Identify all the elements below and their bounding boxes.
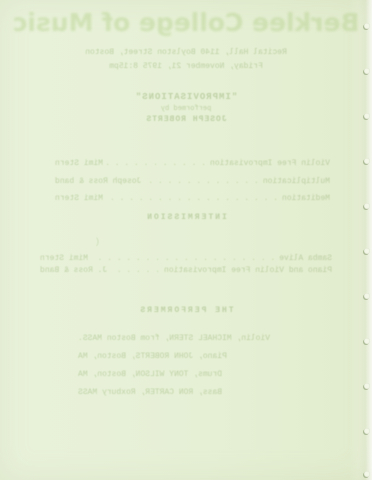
binding-hole (364, 113, 370, 119)
piece-title: Violin Free Improvisation (210, 159, 330, 168)
program-row: Violin Free Improvisation . . . . . . . … (55, 159, 330, 168)
dot-leader: . . . . . . . . . . . . . . . . . . . . … (111, 266, 160, 275)
piece-performer: J. Ross & Band (40, 266, 107, 275)
binding-hole (364, 383, 370, 389)
college-logo: Berklee College of Music (0, 8, 372, 37)
program-row: Piano and Violin Free Improvisation . . … (40, 266, 332, 275)
recital-byline: performed by (0, 105, 372, 114)
performer-line: Drums, TONY WILSON, Boston, MA (78, 370, 372, 379)
piece-performer: Mimi Stern (40, 254, 88, 263)
performer-line: Piano, JOHN ROBERTS, Boston, MA (78, 352, 372, 361)
binding-hole (364, 158, 370, 164)
showthrough-content: Berklee College of Music Recital Hall, 1… (0, 0, 372, 480)
binding-hole (364, 428, 370, 434)
performers-heading: THE PERFORMERS (0, 306, 372, 315)
program-row: Multiplication . . . . . . . . . . . . .… (55, 177, 330, 186)
piece-title: Meditation (282, 194, 330, 203)
piece-title: Multiplication (263, 177, 330, 186)
binding-hole (364, 293, 370, 299)
binding-hole (364, 471, 370, 477)
dot-leader: . . . . . . . . . . . . . . . . . . . . … (92, 254, 275, 263)
performer-line: Violin, MICHAEL STERN, from Boston MASS. (78, 334, 372, 343)
performers-list: Violin, MICHAEL STERN, from Boston MASS.… (78, 334, 372, 406)
binding-hole (364, 338, 370, 344)
binding-hole (364, 23, 370, 29)
performer-line: Bass, RON CARTER, Roxbury MASS (78, 388, 372, 397)
program-page: Berklee College of Music Recital Hall, 1… (0, 0, 372, 480)
recital-title: "IMPROVISATIONS" (0, 93, 372, 102)
piece-performer: Mimi Stern (55, 194, 103, 203)
piece-title: Piano and Violin Free Improvisation (164, 266, 332, 275)
dot-leader: . . . . . . . . . . . . . . . . . . . . … (145, 177, 258, 186)
binding-hole (364, 203, 370, 209)
piece-performer: Joseph Ross & band (55, 177, 141, 186)
program-row: Meditation . . . . . . . . . . . . . . .… (55, 194, 330, 203)
recital-performer: JOSEPH ROBERTS (0, 115, 372, 124)
program-row: Samba Alive . . . . . . . . . . . . . . … (40, 254, 332, 263)
piece-performer: Mimi Stern (55, 159, 103, 168)
intermission-heading: INTERMISSION (0, 213, 372, 222)
smudge-mark: ( (95, 238, 100, 247)
binding-hole (364, 248, 370, 254)
piece-title: Samba Alive (279, 254, 332, 263)
dot-leader: . . . . . . . . . . . . . . . . . . . . … (107, 159, 206, 168)
binding-hole (364, 68, 370, 74)
date-line: Friday, November 21, 1975 8:15pm (0, 62, 372, 71)
dot-leader: . . . . . . . . . . . . . . . . . . . . … (107, 194, 278, 203)
venue-line: Recital Hall, 1140 Boylston Street, Bost… (0, 48, 372, 57)
